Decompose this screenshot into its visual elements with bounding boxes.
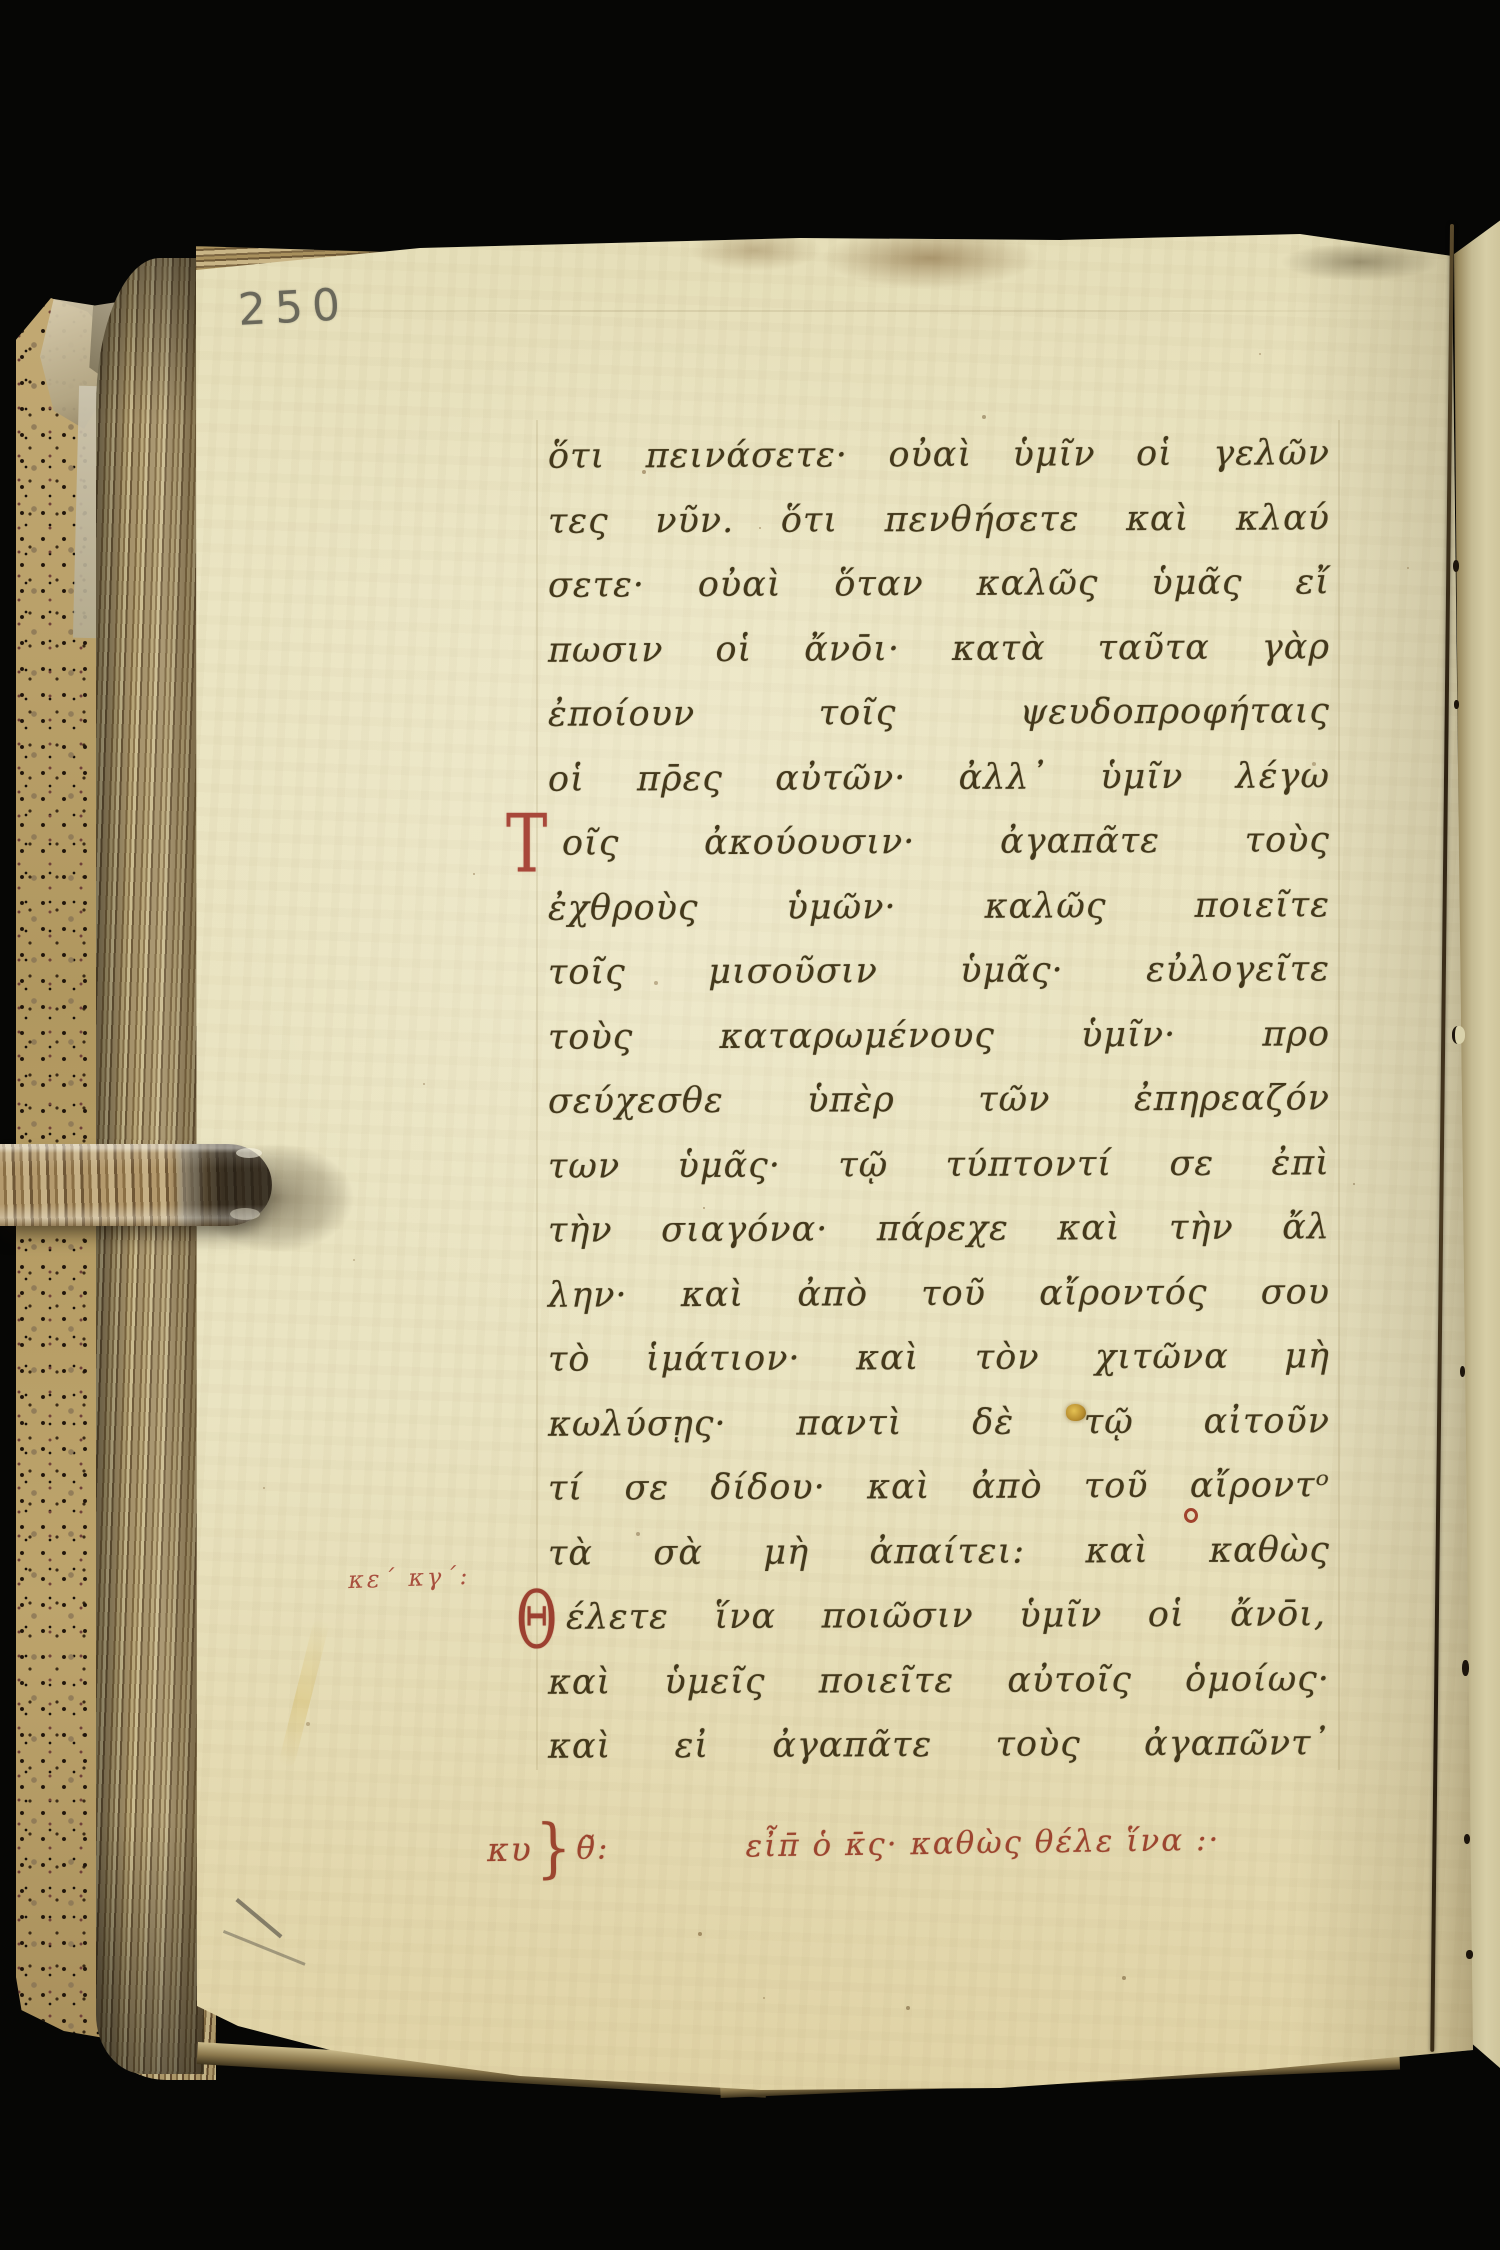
text-line: ὅτι πεινάσετε· οὐαὶ ὑμῖν οἱ γελῶν <box>548 430 1330 485</box>
gutter-speck <box>1462 1660 1469 1676</box>
folio-number: 250 <box>237 279 351 336</box>
pencil-scribble <box>223 1930 306 1966</box>
text-line: λην· καὶ ἀπὸ τοῦ αἴροντός σου <box>548 1269 1330 1324</box>
text-line: ἐχθροὺς ὑμῶν· καλῶς ποιεῖτε <box>548 882 1330 937</box>
gutter-speck <box>1464 1834 1470 1844</box>
text-line: των ὑμᾶς· τῷ τύπτοντί σε ἐπὶ <box>548 1140 1330 1195</box>
text-line: καὶ ὑμεῖς ποιεῖτε αὐτοῖς ὁμοίως· <box>548 1656 1330 1711</box>
rubric-brace: } <box>535 1825 573 1874</box>
rod-glint <box>236 1148 262 1158</box>
text-line: οῖς ἀκούουσιν· ἀγαπᾶτε τοὺς <box>562 817 1330 872</box>
text-line: τοῖς μισοῦσιν ὑμᾶς· εὐλογεῖτε <box>548 946 1330 1001</box>
text-line: τί σε δίδου· καὶ ἀπὸ τοῦ αἴροντᵒ <box>548 1462 1330 1517</box>
chapter-margin-note: κε´ κγ´: <box>348 1562 471 1594</box>
text-line: τες νῦν. ὅτι πενθήσετε καὶ κλαύ <box>548 495 1330 550</box>
text-line: πωσιν οἱ ἄνο̄ι· κατὰ ταῦτα γὰρ <box>548 624 1330 679</box>
rubric-siglum: κυ <box>487 1828 533 1871</box>
gutter-speck <box>1454 700 1459 709</box>
text-line: έλετε ἵνα ποιῶσιν ὑμῖν οἱ ἄνο̄ι, <box>566 1591 1326 1646</box>
rubric-number: θ̃: <box>576 1827 610 1869</box>
text-line: τὴν σιαγόνα· πάρεχε καὶ τὴν ἄλ <box>548 1204 1330 1259</box>
gutter-speck <box>1460 1366 1465 1377</box>
gutter-crust-spot <box>1452 1026 1465 1044</box>
text-line: τὰ σὰ μὴ ἀπαίτει: καὶ καθὼς <box>548 1527 1330 1582</box>
text-line: καὶ εἰ ἀγαπᾶτε τοὺς ἀγαπῶντ᾽ <box>548 1720 1330 1775</box>
pencil-scribble <box>235 1898 282 1938</box>
text-line: τοὺς καταρωμένους ὑμῖν· προ <box>548 1011 1330 1066</box>
gutter-speck <box>1453 560 1459 572</box>
red-initial-tau: Τ <box>506 804 547 885</box>
ruling-line-left <box>536 420 538 1770</box>
parchment-page: 250 ὅτι πεινάσετε· οὐαὶ ὑμῖν οἱ γελῶν τε… <box>0 0 1500 2250</box>
foxing-specks <box>0 0 4 4</box>
gutter-speck <box>1466 1950 1473 1959</box>
text-line: σετε· οὐαὶ ὅταν καλῶς ὑμᾶς εἴ <box>548 559 1330 614</box>
yellow-stain <box>278 1618 330 1767</box>
rubric-incipit: εἶπ̄ ὁ κ̄ς· καθὼς θέλε ἵνα :· <box>745 1819 1220 1868</box>
text-line: οἱ πρ̄ες αὐτῶν· ἀλλ᾽ ὑμῖν λέγω <box>548 753 1330 808</box>
rod-glint <box>230 1208 260 1220</box>
red-initial-theta: Θ <box>516 1582 557 1662</box>
text-line: τὸ ἱμάτιον· καὶ τὸν χιτῶνα μὴ <box>548 1333 1330 1388</box>
text-line: ἐποίουν τοῖς ψευδοπροφήταις <box>548 688 1330 743</box>
lection-rubric: κυ } θ̃: εἶπ̄ ὁ κ̄ς· καθὼς θέλε ἵνα :· <box>487 1819 1221 1871</box>
text-line: σεύχεσθε ὑπὲρ τῶν ἐπηρεαζόν <box>548 1075 1330 1130</box>
text-line: κωλύσῃς· παντὶ δὲ τῷ αἰτοῦν <box>548 1398 1330 1453</box>
manuscript-photo: 250 ὅτι πεινάσετε· οὐαὶ ὑμῖν οἱ γελῶν τε… <box>0 0 1500 2250</box>
ruling-line-right <box>1338 420 1340 1770</box>
parchment-crease <box>230 310 1440 312</box>
